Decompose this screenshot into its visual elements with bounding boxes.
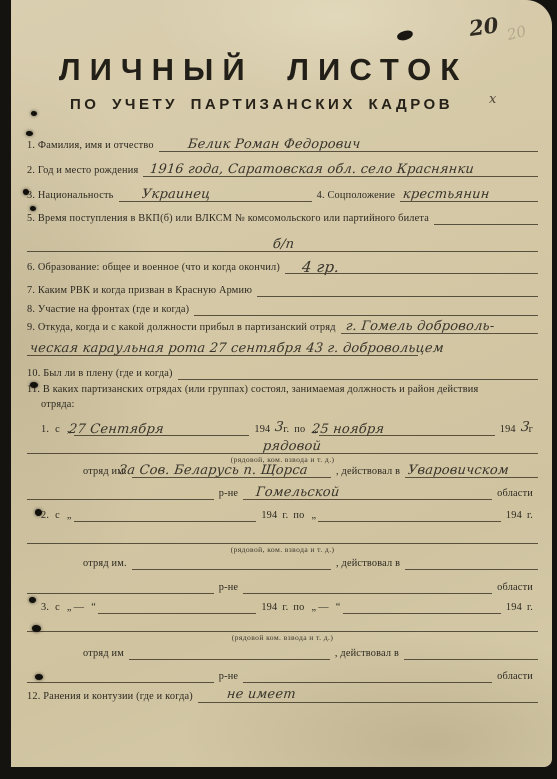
entry1-from-label: с: [55, 424, 65, 436]
partisan-record-form: 20 20 x ЛИЧНЫЙ ЛИСТОК ПО УЧЕТУ ПАРТИЗАНС…: [11, 0, 552, 767]
field-rvk-row: 7. Каким РВК и когда призван в Красную А…: [27, 281, 538, 297]
punch-hole: [35, 674, 43, 680]
field-captivity-line: [178, 364, 538, 380]
entry2-unit-label: отряд им.: [83, 558, 132, 570]
entry3-to-quote-close: “: [334, 602, 343, 614]
form-title: ЛИЧНЫЙ ЛИСТОК: [11, 52, 516, 88]
entry2-to-year-printed: 194: [501, 510, 527, 522]
entry3-unit-label: отряд им: [83, 648, 129, 660]
field-origin-value2: ческая караульная рота 27 сентября 43 г.…: [29, 342, 444, 357]
entry1-to-g: г: [529, 424, 538, 436]
field-nationality-value: Украинец: [141, 188, 211, 203]
entry1-acted-value: Уваровичском: [407, 464, 510, 479]
entry1-to-value: 25 ноября: [311, 423, 385, 438]
field-social-line: крестьянин: [400, 186, 538, 202]
entry3-to-dash: —: [318, 602, 334, 614]
field-rvk-line: [257, 281, 538, 297]
entry1-unit-row: отряд им. За Сов. Беларусь п. Щорса , де…: [83, 462, 538, 478]
entry2-from-quote: „: [65, 510, 74, 522]
field-origin-row: 9. Откуда, когда и с какой должности при…: [27, 318, 538, 334]
field-surname-line: Белик Роман Федорович: [159, 136, 538, 152]
entry1-from-value: 27 Сентября: [68, 423, 164, 438]
entry3-to-year-printed: 194: [501, 602, 527, 614]
entry1-acted-line: Уваровичском: [405, 462, 538, 478]
entry2-from-line: [74, 506, 257, 522]
entry3-from-quote: „: [65, 602, 74, 614]
field-fronts-label: 8. Участие на фронтах (где и когда): [27, 304, 194, 316]
entry1-from-g: г.: [283, 424, 294, 436]
entry1-from-year-printed: 194: [249, 424, 275, 436]
entry2-to-g: г.: [527, 510, 538, 522]
field-units-label2: отряда:: [41, 399, 80, 411]
ink-smudge: [396, 29, 414, 41]
entry3-to-g: г.: [527, 602, 538, 614]
field-origin-line2: ческая караульная рота 27 сентября 43 г.…: [27, 340, 418, 356]
entry3-region-row: р-не области: [27, 667, 538, 683]
entry1-position-value: рядовой: [262, 440, 322, 455]
entry2-position-hint: (рядовой, ком. взвода и т. д.): [27, 545, 538, 554]
entry3-rne-label: р-не: [214, 671, 243, 683]
entry2-dates-row: 2. с „ 194 г. по „ 194 г.: [41, 506, 538, 522]
field-nationality-label: 3. Национальность: [27, 190, 119, 202]
entry1-from-line: 27 Сентября: [74, 420, 250, 436]
entry3-oblast-label: области: [492, 671, 538, 683]
entry3-acted-label: , действовал в: [330, 648, 404, 660]
entry1-unit-value: За Сов. Беларусь п. Щорса: [118, 464, 308, 479]
entry1-to-line: 25 ноября: [319, 420, 495, 436]
field-wounds-row: 12. Ранения и контузии (где и когда) не …: [27, 687, 538, 703]
entry3-region-line: [243, 667, 492, 683]
punch-hole: [31, 111, 37, 116]
field-surname-row: 1. Фамилия, имя и отчество Белик Роман Ф…: [27, 136, 538, 152]
entry2-from-label: с: [55, 510, 65, 522]
entry3-to-label: по: [293, 602, 309, 614]
entry3-position-row: [27, 616, 538, 632]
field-social-label: 4. Соцположение: [312, 190, 401, 202]
field-party-line-short: [434, 209, 538, 225]
field-fronts-line: [194, 300, 538, 316]
entry1-region-row: р-не Гомельской области: [27, 484, 538, 500]
entry2-number: 2.: [41, 510, 55, 522]
entry2-to-quote: „: [309, 510, 318, 522]
entry3-unit-row: отряд им , действовал в: [83, 644, 538, 660]
field-birth-value: 1916 года, Саратовская обл. село Краснян…: [149, 163, 475, 178]
field-units-row: 11. В каких партизанских отрядах (или гр…: [27, 384, 538, 396]
punch-hole: [30, 382, 38, 388]
entry1-rne-label: р-не: [214, 488, 243, 500]
entry3-from-year-printed: 194: [256, 602, 282, 614]
field-wounds-label: 12. Ранения и контузии (где и когда): [27, 691, 198, 703]
entry1-region-line: Гомельской: [243, 484, 492, 500]
entry3-position-line: [27, 616, 538, 632]
entry1-unit-line: За Сов. Беларусь п. Щорса: [132, 462, 331, 478]
field-birth-line: 1916 года, Саратовская обл. село Краснян…: [143, 161, 538, 177]
entry2-to-line: [318, 506, 501, 522]
entry3-unit-line: [129, 644, 330, 660]
entry2-to-label: по: [293, 510, 309, 522]
field-origin-label: 9. Откуда, когда и с какой должности при…: [27, 322, 341, 334]
entry1-to-label: по: [294, 424, 310, 436]
entry3-from-dash: —: [74, 602, 90, 614]
entry1-to-year-printed: 194: [495, 424, 521, 436]
field-units-label: 11. В каких партизанских отрядах (или гр…: [27, 384, 483, 396]
punch-hole: [23, 189, 29, 195]
entry2-from-g: г.: [282, 510, 293, 522]
entry1-dates-row: 1. с „ 27 Сентября 194 3 г. по „ 25 нояб…: [41, 420, 538, 436]
entry1-region-prefix-line: [27, 484, 214, 500]
field-party-label: 5. Время поступления в ВКП(б) или ВЛКСМ …: [27, 213, 434, 225]
entry2-position-row: [27, 528, 538, 544]
entry3-dates-row: 3. с „ — “ 194 г. по „ — “ 194 г.: [41, 598, 538, 614]
entry3-from-quote-close: “: [89, 602, 98, 614]
punch-hole: [32, 625, 41, 632]
field-education-label: 6. Образование: общее и военное (что и к…: [27, 262, 285, 274]
field-party-row: 5. Время поступления в ВКП(б) или ВЛКСМ …: [27, 209, 538, 225]
field-origin-value1: г. Гомель доброволь-: [345, 320, 495, 335]
entry3-number: 3.: [41, 602, 55, 614]
field-party-row2: б/п: [27, 236, 538, 252]
field-origin-row2: ческая караульная рота 27 сентября 43 г.…: [27, 340, 538, 356]
entry2-from-year-printed: 194: [256, 510, 282, 522]
page-number-pencil: 20: [505, 22, 528, 44]
field-wounds-value: не имеет: [226, 688, 296, 703]
field-fronts-row: 8. Участие на фронтах (где и когда): [27, 300, 538, 316]
field-party-value: б/п: [272, 238, 295, 253]
punch-hole: [35, 509, 42, 516]
entry1-oblast-label: области: [492, 488, 538, 500]
entry1-number: 1.: [41, 424, 55, 436]
field-party-line: б/п: [27, 236, 538, 252]
entry3-position-hint: (рядовой ком. взвода и т. д.): [27, 633, 538, 642]
entry1-position-row: рядовой: [27, 438, 538, 454]
entry1-to-year-hand: 3: [520, 420, 530, 436]
punch-hole: [29, 597, 36, 603]
entry1-region-value: Гомельской: [255, 486, 340, 501]
entry3-from-line: [98, 598, 256, 614]
scanned-document-page: 20 20 x ЛИЧНЫЙ ЛИСТОК ПО УЧЕТУ ПАРТИЗАНС…: [11, 0, 552, 767]
field-education-value: 4 гр.: [301, 259, 340, 276]
field-nationality-line: Украинец: [119, 186, 312, 202]
field-nationality-row: 3. Национальность Украинец 4. Соцположен…: [27, 186, 538, 202]
entry3-region-prefix-line: [27, 667, 214, 683]
entry3-to-quote: „: [309, 602, 318, 614]
field-origin-line1: г. Гомель доброволь-: [341, 318, 538, 334]
entry2-oblast-label: области: [492, 582, 538, 594]
field-captivity-row: 10. Был ли в плену (где и когда): [27, 364, 538, 380]
entry2-rne-label: р-не: [214, 582, 243, 594]
punch-hole: [30, 206, 36, 211]
entry2-region-line: [243, 578, 492, 594]
field-birth-row: 2. Год и место рождения 1916 года, Сарат…: [27, 161, 538, 177]
field-wounds-line: не имеет: [198, 687, 538, 703]
entry3-from-g: г.: [282, 602, 293, 614]
field-surname-label: 1. Фамилия, имя и отчество: [27, 140, 159, 152]
entry1-position-line: рядовой: [27, 438, 538, 454]
entry3-acted-line: [404, 644, 538, 660]
entry2-unit-line: [132, 554, 331, 570]
punch-hole: [26, 131, 33, 136]
entry2-region-row: р-не области: [27, 578, 538, 594]
field-captivity-label: 10. Был ли в плену (где и когда): [27, 368, 178, 380]
form-subtitle: ПО УЧЕТУ ПАРТИЗАНСКИХ КАДРОВ: [11, 96, 512, 113]
entry2-position-line: [27, 528, 538, 544]
entry1-acted-label: , действовал в: [331, 466, 405, 478]
entry3-from-label: с: [55, 602, 65, 614]
field-education-row: 6. Образование: общее и военное (что и к…: [27, 258, 538, 274]
field-birth-label: 2. Год и место рождения: [27, 165, 143, 177]
entry3-to-line: [343, 598, 501, 614]
field-education-line: 4 гр.: [285, 258, 538, 274]
field-rvk-label: 7. Каким РВК и когда призван в Красную А…: [27, 285, 257, 297]
field-surname-value: Белик Роман Федорович: [187, 138, 361, 153]
entry2-region-prefix-line: [27, 578, 214, 594]
entry2-acted-line: [405, 554, 538, 570]
entry2-unit-row: отряд им. , действовал в: [83, 554, 538, 570]
field-social-value: крестьянин: [402, 188, 490, 203]
entry2-acted-label: , действовал в: [331, 558, 405, 570]
field-units-row2: отряда:: [41, 399, 538, 411]
page-number-ink: 20: [468, 12, 500, 41]
